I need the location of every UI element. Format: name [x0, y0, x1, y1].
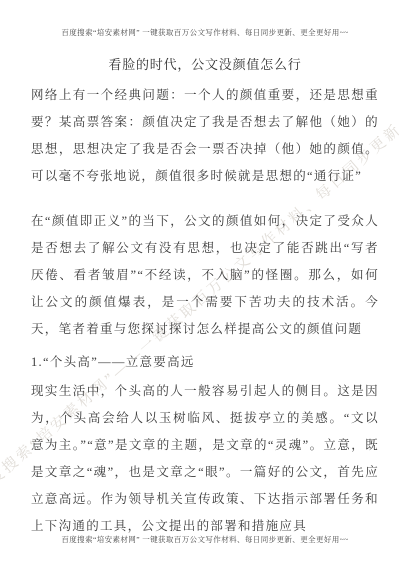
- document-page: 百度搜索“培安素材网”——一键获取百万公文写作材料、每日同步更新 百度搜索“培安…: [0, 0, 410, 580]
- document-body: 网络上有一个经典问题：一个人的颜值重要，还是思想重要？某高票答案：颜值决定了我是…: [31, 82, 379, 540]
- footer-banner: 百度搜索“培安素材网” 一键获取百万公文写作材料、每日同步更新、更全更好用~~: [0, 534, 410, 545]
- paragraph-1: 网络上有一个经典问题：一个人的颜值重要，还是思想重要？某高票答案：颜值决定了我是…: [31, 82, 379, 190]
- paragraph-2: 在“颜值即正义”的当下，公文的颜值如何，决定了受众人是否想去了解公文有没有思想，…: [31, 208, 379, 343]
- page-title: 看脸的时代，公文没颜值怎么行: [0, 54, 410, 73]
- section-heading: 1.“个头高”——立意要高远: [31, 349, 379, 376]
- paragraph-3: 现实生活中，个头高的人一般容易引起人的侧目。这是因为，个头高会给人以玉树临风、挺…: [31, 378, 379, 540]
- header-banner: 百度搜索“培安素材网” 一键获取百万公文写作材料、每日同步更新、更全更好用~~: [0, 27, 410, 38]
